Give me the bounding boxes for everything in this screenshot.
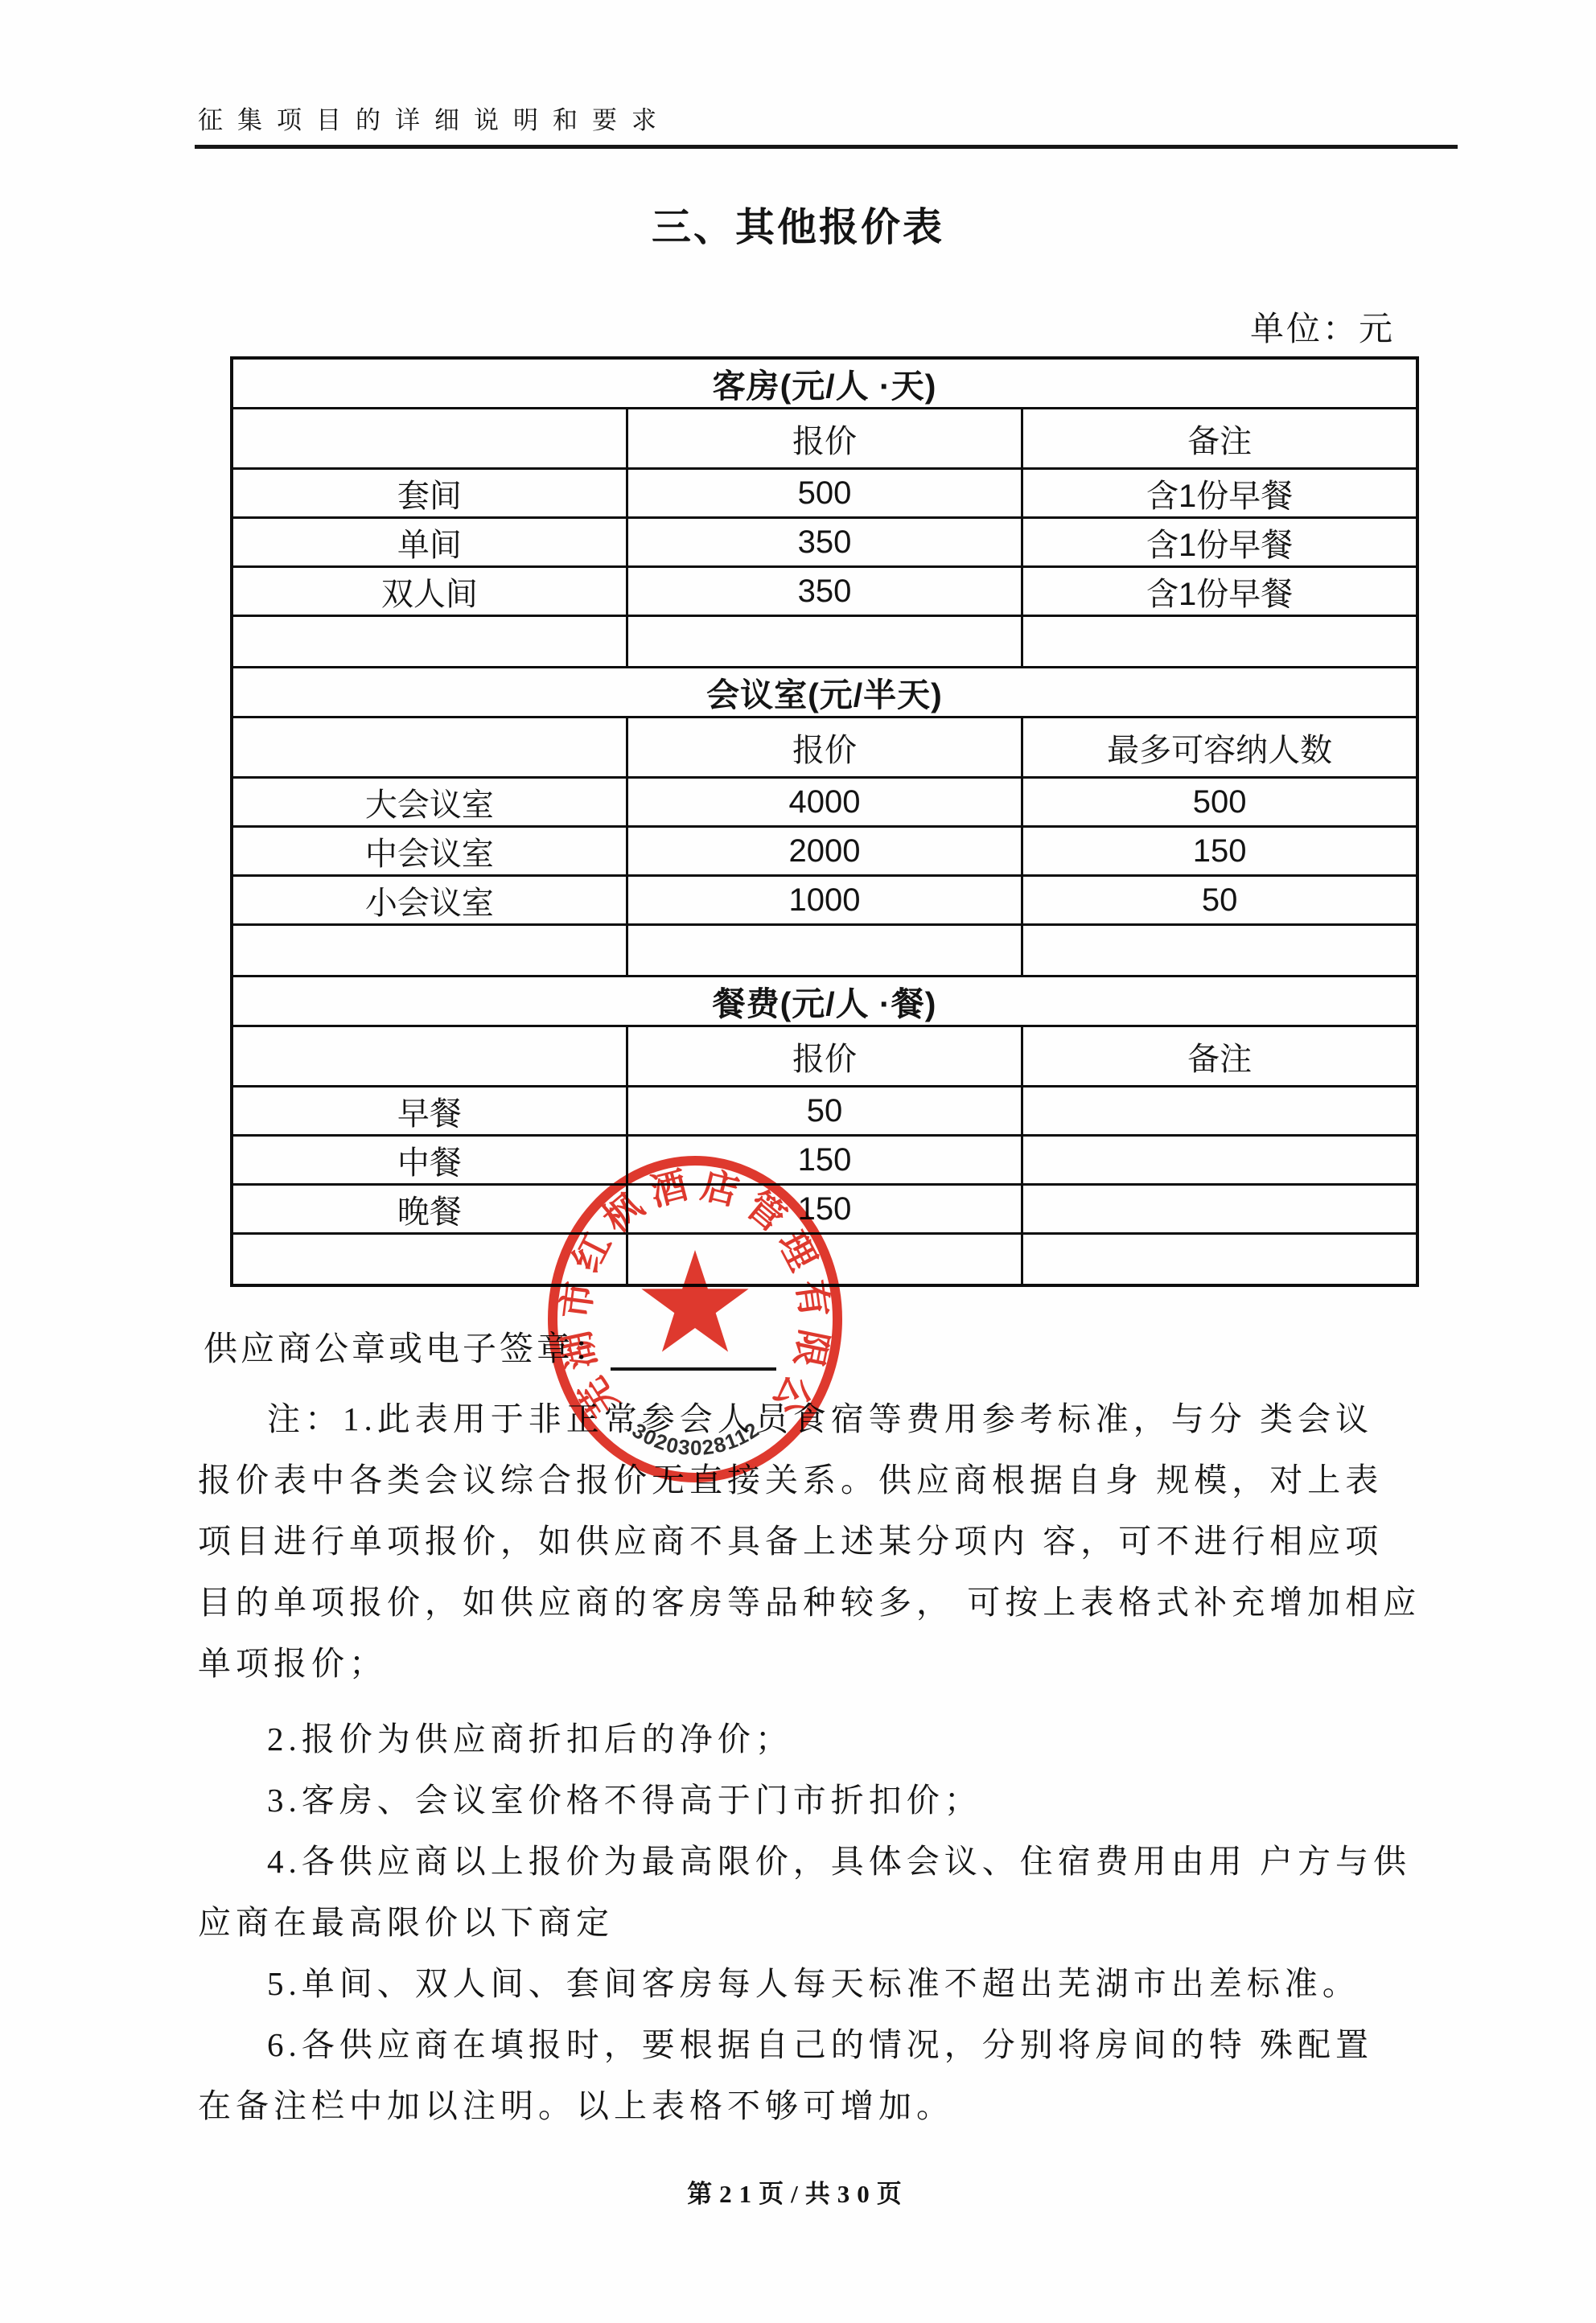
section-title: 客房(元/人 ·天)	[232, 358, 1417, 409]
row-label-cell: 大会议室	[232, 778, 627, 827]
note-cell	[1022, 616, 1417, 668]
table-row: 小会议室 1000 50	[232, 876, 1417, 925]
table-row: 套间 500 含1份早餐	[232, 469, 1417, 518]
table-row: 中会议室 2000 150	[232, 827, 1417, 876]
price-cell: 50	[627, 1087, 1022, 1136]
company-seal: 芜湖市红枫酒店管理有限公司 30203028112	[541, 1149, 849, 1490]
row-label-cell: 双人间	[232, 567, 627, 616]
note-line: 目的单项报价，如供应商的客房等品种较多， 可按上表格式补充增加相应	[198, 1572, 1458, 1633]
table-row: 单间 350 含1份早餐	[232, 518, 1417, 567]
note-line: 3.客房、会议室价格不得高于门市折扣价；	[198, 1770, 1458, 1831]
blank-header-cell	[232, 1026, 627, 1087]
note-header-cell: 备注	[1022, 1026, 1417, 1087]
capacity-cell: 150	[1022, 827, 1417, 876]
capacity-cell: 500	[1022, 778, 1417, 827]
price-cell	[627, 616, 1022, 668]
note-cell	[1022, 1185, 1417, 1234]
table-row: 早餐 50	[232, 1087, 1417, 1136]
note-line: 5.单间、双人间、套间客房每人每天标准不超出芜湖市出差标准。	[198, 1953, 1458, 2014]
seal-serial-text: 30203028112	[628, 1417, 763, 1460]
note-line: 项目进行单项报价，如供应商不具备上述某分项内 容，可不进行相应项	[198, 1511, 1458, 1572]
section-header-meals: 餐费(元/人 ·餐)	[232, 976, 1417, 1026]
price-cell: 350	[627, 567, 1022, 616]
unit-note: 单位：元	[1250, 302, 1395, 351]
quote-table: 客房(元/人 ·天) 报价 备注 套间 500 含1份早餐 单间 350 含1份…	[230, 356, 1419, 1287]
empty-row	[232, 925, 1417, 976]
note-line: 4.各供应商以上报价为最高限价，具体会议、住宿费用由用 户方与供	[198, 1831, 1458, 1892]
section-title: 会议室(元/半天)	[232, 668, 1417, 717]
row-label-cell: 套间	[232, 469, 627, 518]
section-header-guest-rooms: 客房(元/人 ·天)	[232, 358, 1417, 409]
blank-header-cell	[232, 717, 627, 778]
note-cell: 含1份早餐	[1022, 518, 1417, 567]
row-label-cell: 小会议室	[232, 876, 627, 925]
row-label-cell: 中会议室	[232, 827, 627, 876]
document-page: 征集项目的详细说明和要求 三、其他报价表 单位：元 客房(元/人 ·天) 报价 …	[0, 0, 1596, 2323]
notes-block: 注：1.此表用于非正常参会人员食宿等费用参考标准，与分 类会议 报价表中各类会议…	[198, 1388, 1458, 2136]
capacity-cell: 50	[1022, 876, 1417, 925]
running-header: 征集项目的详细说明和要求	[198, 100, 671, 136]
note-line: 应商在最高限价以下商定	[198, 1892, 1458, 1953]
price-cell	[627, 925, 1022, 976]
note-cell: 含1份早餐	[1022, 469, 1417, 518]
price-header-cell: 报价	[627, 1026, 1022, 1087]
column-header-row: 报价 最多可容纳人数	[232, 717, 1417, 778]
row-label-cell: 早餐	[232, 1087, 627, 1136]
price-cell: 1000	[627, 876, 1022, 925]
note-cell	[1022, 1136, 1417, 1185]
page-title: 三、其他报价表	[0, 196, 1596, 253]
note-line: 在备注栏中加以注明。以上表格不够可增加。	[198, 2075, 1458, 2136]
note-line: 2.报价为供应商折扣后的净价；	[198, 1708, 1458, 1770]
row-label-cell	[232, 925, 627, 976]
section-header-meeting-rooms: 会议室(元/半天)	[232, 668, 1417, 717]
column-header-row: 报价 备注	[232, 409, 1417, 469]
header-rule	[195, 145, 1458, 149]
blank-header-cell	[232, 409, 627, 469]
price-cell: 2000	[627, 827, 1022, 876]
table-row: 双人间 350 含1份早餐	[232, 567, 1417, 616]
capacity-header-cell: 最多可容纳人数	[1022, 717, 1417, 778]
price-cell: 4000	[627, 778, 1022, 827]
note-cell	[1022, 1087, 1417, 1136]
price-cell: 350	[627, 518, 1022, 567]
note-line: 单项报价；	[198, 1633, 1458, 1694]
column-header-row: 报价 备注	[232, 1026, 1417, 1087]
price-header-cell: 报价	[627, 717, 1022, 778]
note-line: 6.各供应商在填报时，要根据自己的情况，分别将房间的特 殊配置	[198, 2014, 1458, 2075]
row-label-cell	[232, 616, 627, 668]
price-cell: 500	[627, 469, 1022, 518]
note-cell	[1022, 1234, 1417, 1285]
page-number: 第21页/共30页	[0, 2173, 1596, 2210]
table-row: 大会议室 4000 500	[232, 778, 1417, 827]
empty-row	[232, 616, 1417, 668]
section-title: 餐费(元/人 ·餐)	[232, 976, 1417, 1026]
note-header-cell: 备注	[1022, 409, 1417, 469]
capacity-cell	[1022, 925, 1417, 976]
price-header-cell: 报价	[627, 409, 1022, 469]
row-label-cell: 单间	[232, 518, 627, 567]
seal-star	[641, 1250, 748, 1352]
note-cell: 含1份早餐	[1022, 567, 1417, 616]
